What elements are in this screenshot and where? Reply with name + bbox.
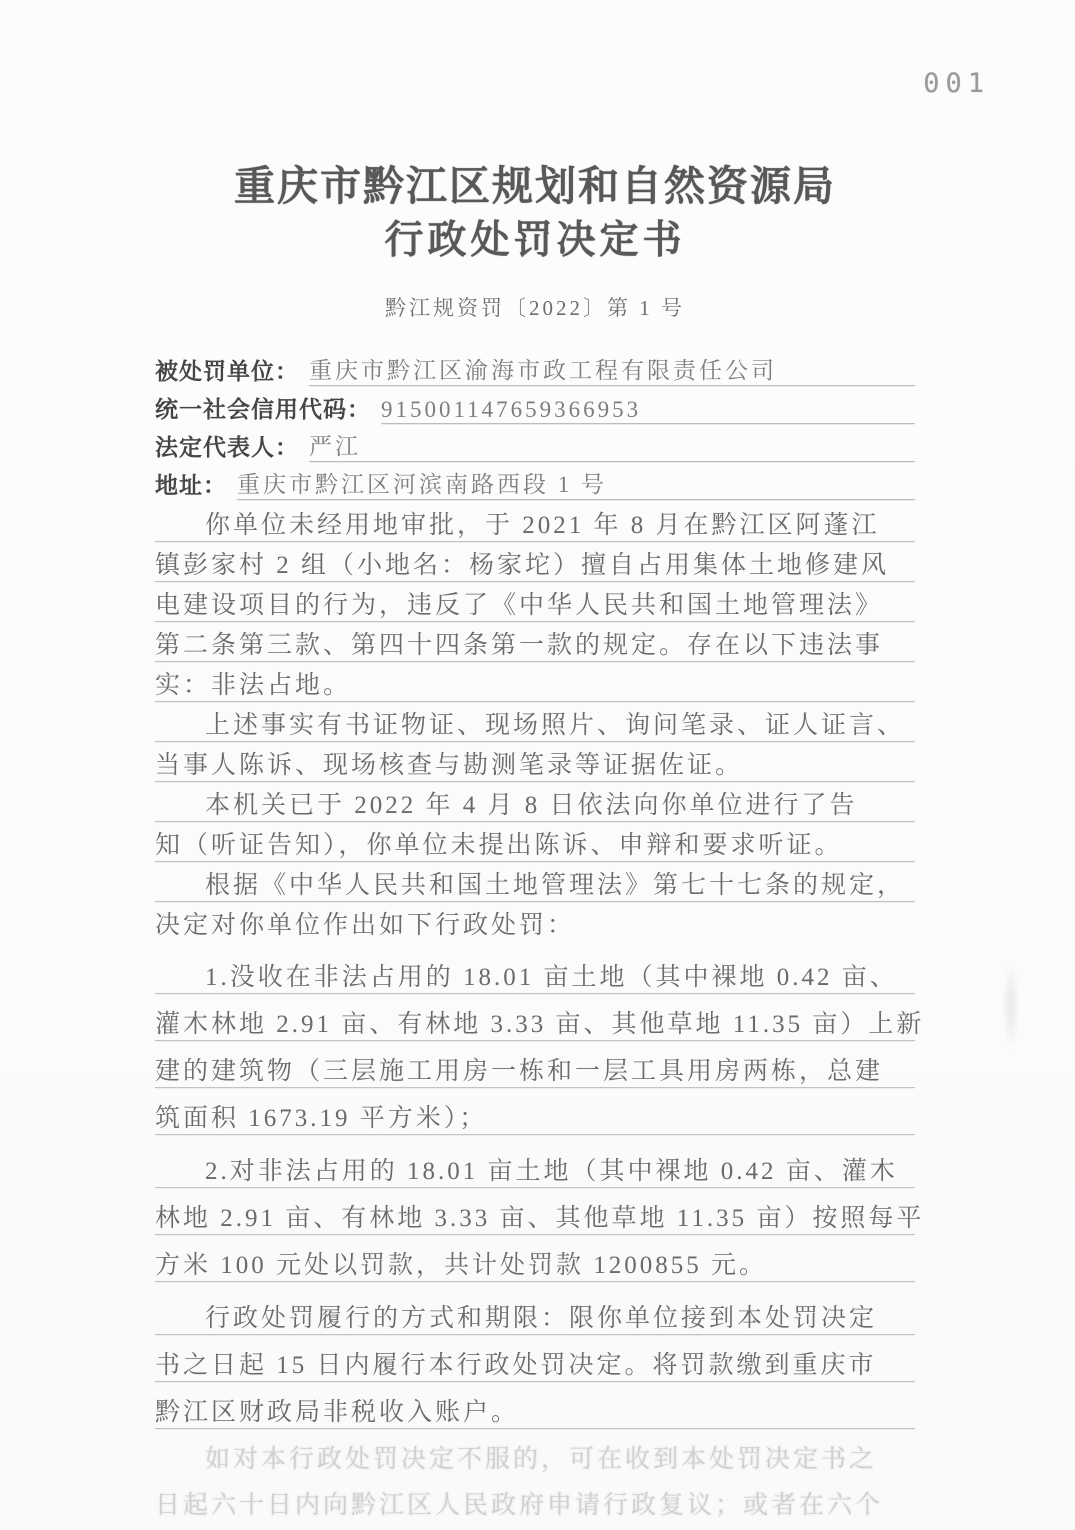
field-address: 地址： 重庆市黔江区河滨南路西段 1 号 bbox=[155, 462, 915, 500]
scanned-document-page: 001 重庆市黔江区规划和自然资源局 行政处罚决定书 黔江规资罚〔2022〕第 … bbox=[0, 0, 1075, 1530]
field-label: 法定代表人： bbox=[155, 429, 309, 462]
party-info-fields: 被处罚单位： 重庆市黔江区渝海市政工程有限责任公司 统一社会信用代码： 9150… bbox=[155, 348, 915, 500]
body-line: 你单位未经用地审批，于 2021 年 8 月在黔江区阿蓬江 bbox=[155, 502, 915, 542]
document-number: 黔江规资罚〔2022〕第 1 号 bbox=[155, 292, 915, 322]
body-line: 电建设项目的行为，违反了《中华人民共和国土地管理法》 bbox=[155, 582, 915, 622]
body-line: 实：非法占地。 bbox=[155, 662, 915, 702]
penalty-items: 1.没收在非法占用的 18.01 亩土地（其中裸地 0.42 亩、 灌木林地 2… bbox=[155, 947, 915, 1521]
document-body: 重庆市黔江区规划和自然资源局 行政处罚决定书 黔江规资罚〔2022〕第 1 号 … bbox=[155, 158, 915, 1521]
field-value: 严江 bbox=[309, 428, 915, 462]
body-line: 书之日起 15 日内履行本行政处罚决定。将罚款缴到重庆市 bbox=[155, 1335, 915, 1382]
scan-smudge bbox=[1002, 960, 1020, 1050]
document-title-type: 行政处罚决定书 bbox=[155, 214, 915, 268]
body-line-faded: 如对本行政处罚决定不服的，可在收到本处罚决定书之 bbox=[155, 1429, 915, 1475]
page-number: 001 bbox=[923, 68, 990, 99]
body-line: 本机关已于 2022 年 4 月 8 日依法向你单位进行了告 bbox=[155, 782, 915, 822]
body-line: 方米 100 元处以罚款，共计处罚款 1200855 元。 bbox=[155, 1235, 915, 1282]
field-punished-unit: 被处罚单位： 重庆市黔江区渝海市政工程有限责任公司 bbox=[155, 348, 915, 386]
body-line: 根据《中华人民共和国土地管理法》第七十七条的规定， bbox=[155, 862, 915, 902]
field-label: 被处罚单位： bbox=[155, 353, 309, 386]
body-line: 上述事实有书证物证、现场照片、询问笔录、证人证言、 bbox=[155, 702, 915, 742]
field-value: 915001147659366953 bbox=[381, 397, 915, 424]
body-line: 林地 2.91 亩、有林地 3.33 亩、其他草地 11.35 亩）按照每平 bbox=[155, 1188, 915, 1235]
body-line: 建的建筑物（三层施工用房一栋和一层工具用房两栋，总建 bbox=[155, 1041, 915, 1088]
body-line: 行政处罚履行的方式和期限：限你单位接到本处罚决定 bbox=[155, 1288, 915, 1335]
field-label: 地址： bbox=[155, 467, 237, 500]
field-label: 统一社会信用代码： bbox=[155, 391, 381, 424]
body-line: 2.对非法占用的 18.01 亩土地（其中裸地 0.42 亩、灌木 bbox=[155, 1141, 915, 1188]
body-line-faded: 日起六十日内向黔江区人民政府申请行政复议；或者在六个 bbox=[155, 1475, 915, 1521]
field-value: 重庆市黔江区河滨南路西段 1 号 bbox=[237, 466, 915, 500]
field-legal-representative: 法定代表人： 严江 bbox=[155, 424, 915, 462]
body-line: 灌木林地 2.91 亩、有林地 3.33 亩、其他草地 11.35 亩）上新 bbox=[155, 994, 915, 1041]
body-line: 第二条第三款、第四十四条第一款的规定。存在以下违法事 bbox=[155, 622, 915, 662]
document-title-authority: 重庆市黔江区规划和自然资源局 bbox=[155, 158, 915, 214]
field-value: 重庆市黔江区渝海市政工程有限责任公司 bbox=[309, 352, 915, 386]
body-line: 知（听证告知），你单位未提出陈诉、申辩和要求听证。 bbox=[155, 822, 915, 862]
decision-text: 你单位未经用地审批，于 2021 年 8 月在黔江区阿蓬江 镇彭家村 2 组（小… bbox=[155, 502, 915, 1521]
body-line: 黔江区财政局非税收入账户。 bbox=[155, 1382, 915, 1429]
body-line: 筑面积 1673.19 平方米）； bbox=[155, 1088, 915, 1135]
body-line: 当事人陈诉、现场核查与勘测笔录等证据佐证。 bbox=[155, 742, 915, 782]
field-credit-code: 统一社会信用代码： 915001147659366953 bbox=[155, 386, 915, 424]
body-line: 1.没收在非法占用的 18.01 亩土地（其中裸地 0.42 亩、 bbox=[155, 947, 915, 994]
body-line: 镇彭家村 2 组（小地名：杨家坨）擅自占用集体土地修建风 bbox=[155, 542, 915, 582]
body-line: 决定对你单位作出如下行政处罚： bbox=[155, 902, 915, 941]
